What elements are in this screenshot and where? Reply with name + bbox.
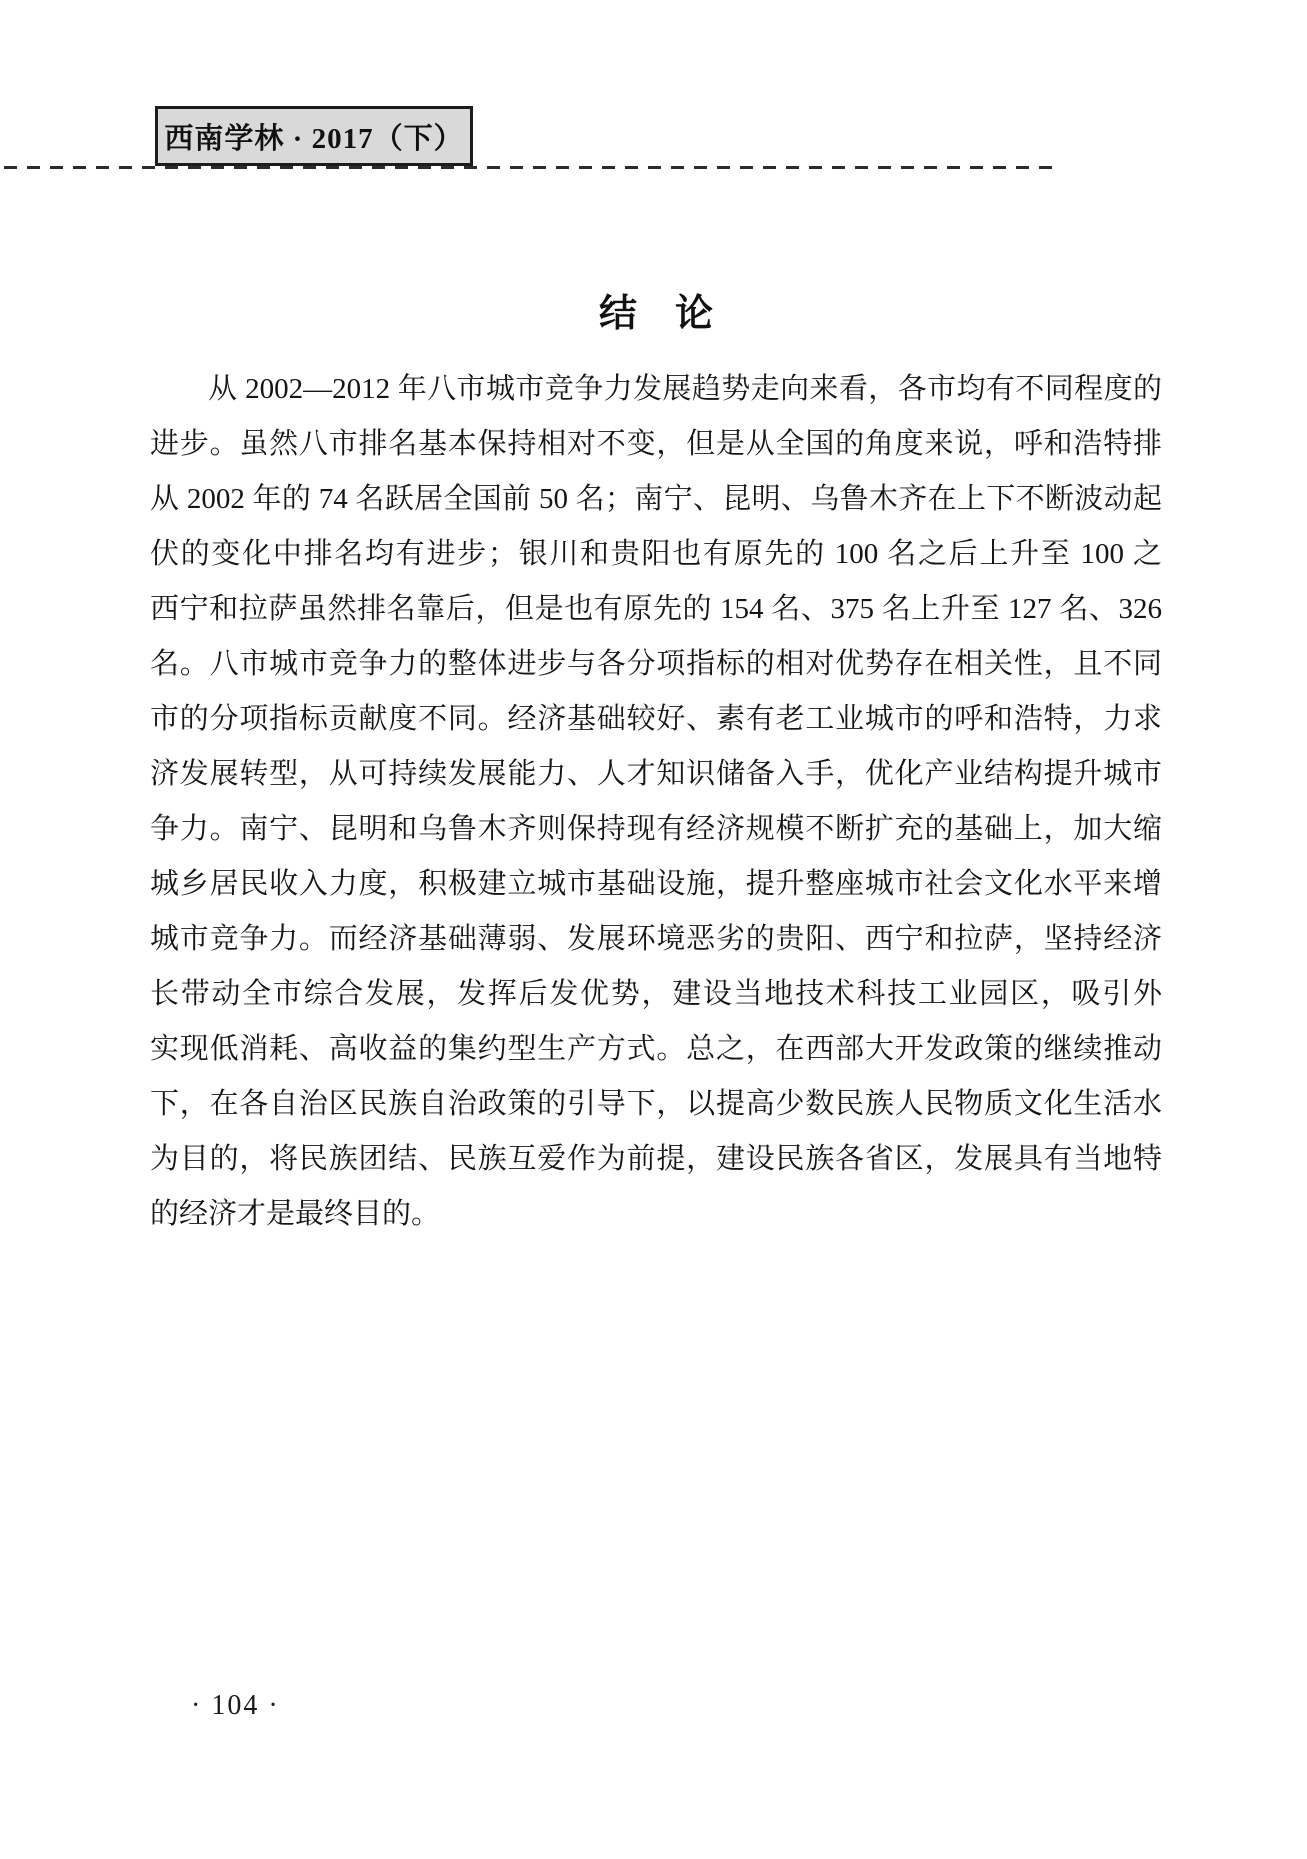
paragraph-line: 名。八市城市竞争力的整体进步与各分项指标的相对优势存在相关性，且不同城 [150, 637, 1162, 692]
paragraph-line: 西宁和拉萨虽然排名靠后，但是也有原先的 154 名、375 名上升至 127 名… [150, 582, 1162, 637]
running-head-box: 西南学林 · 2017（下） [155, 106, 473, 166]
page-number: · 104 · [191, 1690, 280, 1722]
paragraph-line: 市的分项指标贡献度不同。经济基础较好、素有老工业城市的呼和浩特，力求经 [150, 692, 1162, 747]
conclusion-paragraph: 从 2002—2012 年八市城市竞争力发展趋势走向来看，各市均有不同程度的 进… [150, 362, 1162, 1242]
paragraph-line: 济发展转型，从可持续发展能力、人才知识储备入手，优化产业结构提升城市竞 [150, 747, 1162, 802]
paragraph-line: 长带动全市综合发展，发挥后发优势，建设当地技术科技工业园区，吸引外资， [150, 967, 1162, 1022]
document-page: 西南学林 · 2017（下） 结 论 从 2002—2012 年八市城市竞争力发… [0, 0, 1307, 1859]
paragraph-line: 争力。南宁、昆明和乌鲁木齐则保持现有经济规模不断扩充的基础上，加大缩减 [150, 802, 1162, 857]
section-title: 结 论 [150, 282, 1162, 337]
paragraph-line: 为目的，将民族团结、民族互爱作为前提，建设民族各省区，发展具有当地特色 [150, 1132, 1162, 1187]
paragraph-line: 的经济才是最终目的。 [150, 1187, 1162, 1242]
paragraph-line: 城市竞争力。而经济基础薄弱、发展环境恶劣的贵阳、西宁和拉萨，坚持经济增 [150, 912, 1162, 967]
paragraph-line: 从 2002—2012 年八市城市竞争力发展趋势走向来看，各市均有不同程度的 [150, 362, 1162, 417]
paragraph-line: 城乡居民收入力度，积极建立城市基础设施，提升整座城市社会文化水平来增强 [150, 857, 1162, 912]
paragraph-line: 实现低消耗、高收益的集约型生产方式。总之，在西部大开发政策的继续推动 [150, 1022, 1162, 1077]
paragraph-line: 进步。虽然八市排名基本保持相对不变，但是从全国的角度来说，呼和浩特排名 [150, 417, 1162, 472]
header-divider-dashed-rule [4, 166, 1052, 169]
paragraph-line: 从 2002 年的 74 名跃居全国前 50 名；南宁、昆明、乌鲁木齐在上下不断… [150, 472, 1162, 527]
paragraph-line: 伏的变化中排名均有进步；银川和贵阳也有原先的 100 名之后上升至 100 之前… [150, 527, 1162, 582]
paragraph-line: 下，在各自治区民族自治政策的引导下，以提高少数民族人民物质文化生活水平 [150, 1077, 1162, 1132]
running-head-title: 西南学林 · 2017（下） [164, 116, 463, 157]
